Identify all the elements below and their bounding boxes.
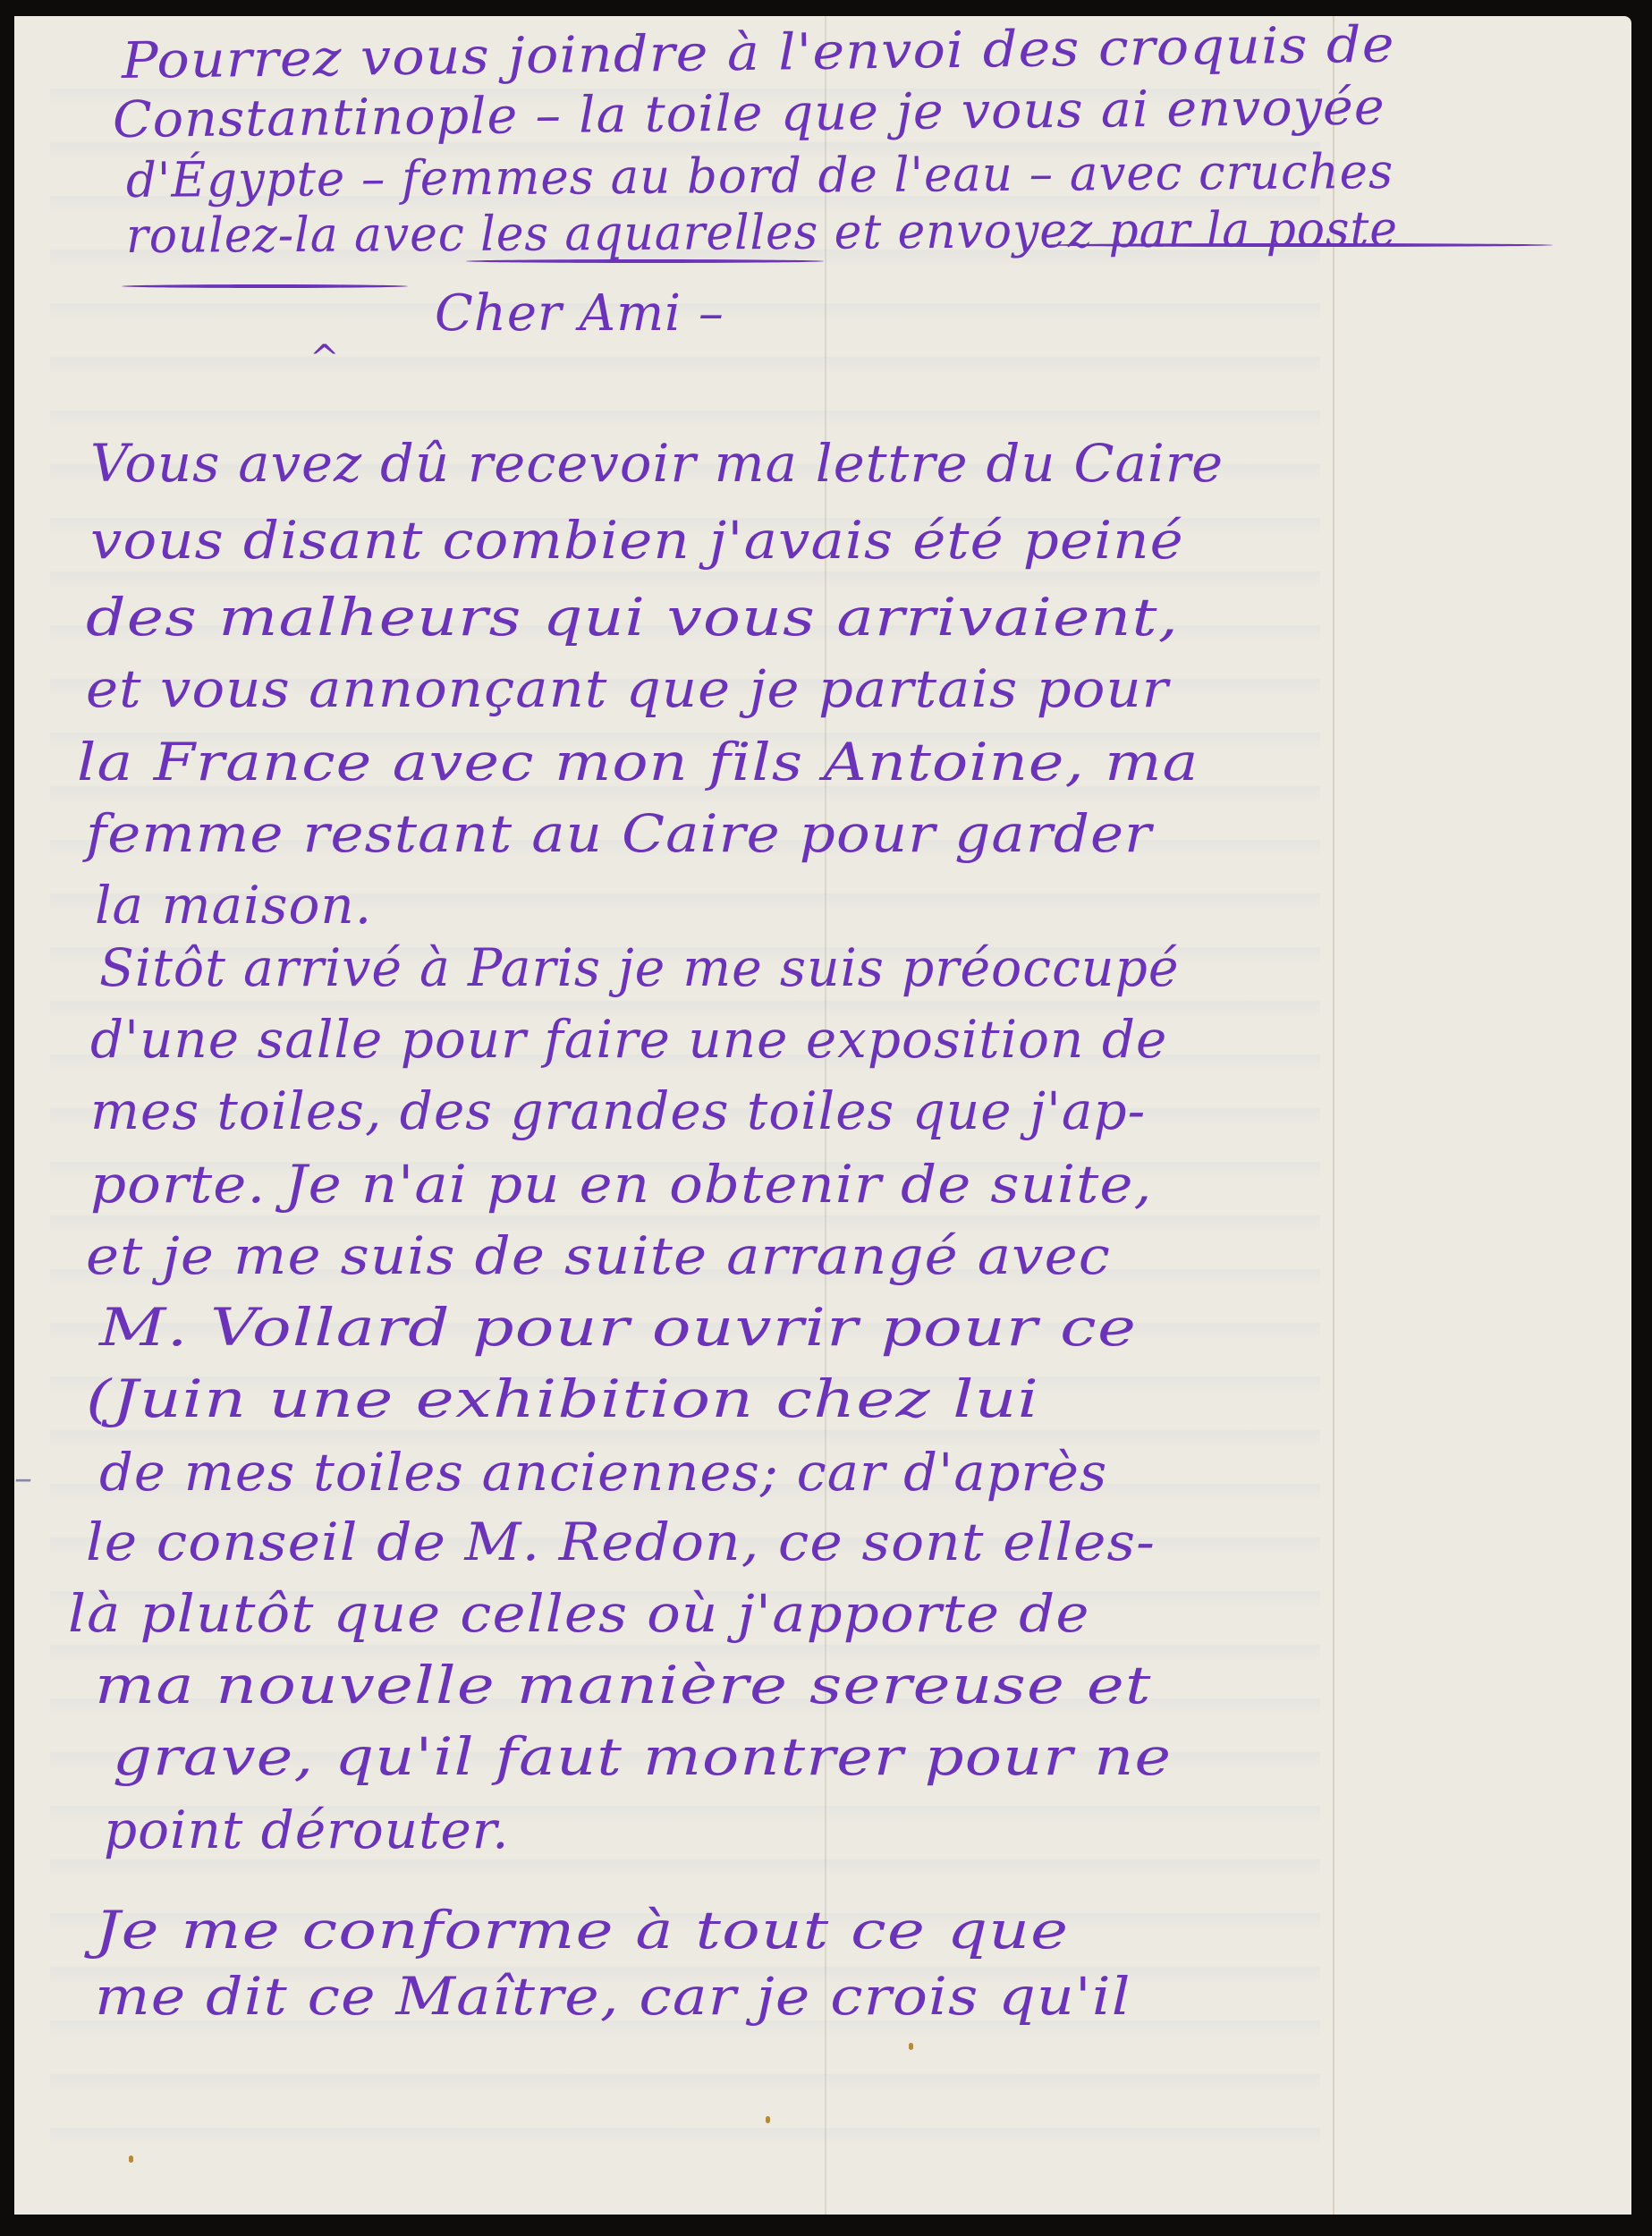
body-line: d'une salle pour faire une exposition de xyxy=(90,1009,1167,1070)
body-line: mes toiles, des grandes toiles que j'ap- xyxy=(90,1080,1146,1141)
body-line: la maison. xyxy=(95,875,372,936)
body-line: de mes toiles anciennes; car d'après xyxy=(99,1442,1107,1503)
postscript-line: d'Égypte – femmes au bord de l'eau – ave… xyxy=(126,143,1394,208)
body-line: Vous avez dû recevoir ma lettre du Caire xyxy=(90,433,1224,494)
underline-stroke xyxy=(1043,243,1553,247)
body-line: des malheurs qui vous arrivaient, xyxy=(86,587,1179,648)
underline-stroke xyxy=(466,259,824,263)
salutation: Cher Ami – xyxy=(435,284,724,343)
body-line: le conseil de M. Redon, ce sont elles- xyxy=(86,1512,1156,1572)
body-line: et je me suis de suite arrangé avec xyxy=(86,1225,1111,1286)
caret-mark: ^ xyxy=(309,338,340,379)
fold-line xyxy=(1333,16,1334,2215)
body-line: porte. Je n'ai pu en obtenir de suite, xyxy=(90,1154,1153,1215)
body-line: Sitôt arrivé à Paris je me suis préoccup… xyxy=(99,937,1179,998)
body-line: vous disant combien j'avais été peiné xyxy=(90,510,1184,571)
body-line: M. Vollard pour ouvrir pour ce xyxy=(99,1297,1137,1358)
paper-spot xyxy=(766,2116,770,2123)
underline-stroke xyxy=(122,284,408,288)
body-line: femme restant au Caire pour garder xyxy=(86,803,1152,864)
body-line: et vous annonçant que je partais pour xyxy=(86,658,1169,719)
body-line: la France avec mon fils Antoine, ma xyxy=(77,732,1199,792)
body-line: Je me conforme à tout ce que xyxy=(95,1900,1069,1961)
body-line: point dérouter. xyxy=(104,1800,510,1860)
paper-spot xyxy=(909,2043,913,2050)
paper-spot xyxy=(129,2156,133,2163)
body-line: (Juin une exhibition chez lui xyxy=(86,1368,1039,1429)
postscript-line: Constantinople – la toile que je vous ai… xyxy=(113,78,1385,149)
body-line: me dit ce Maître, car je crois qu'il xyxy=(95,1966,1131,2027)
left-margin-dash: – xyxy=(14,1458,32,1499)
body-line: grave, qu'il faut montrer pour ne xyxy=(113,1726,1172,1787)
postscript-line: roulez-la avec les aquarelles et envoyez… xyxy=(126,200,1398,264)
body-line: là plutôt que celles où j'apporte de xyxy=(68,1583,1090,1644)
body-line: ma nouvelle manière sereuse et xyxy=(95,1655,1152,1715)
letter-page: Pourrez vous joindre à l'envoi des croqu… xyxy=(14,16,1631,2215)
